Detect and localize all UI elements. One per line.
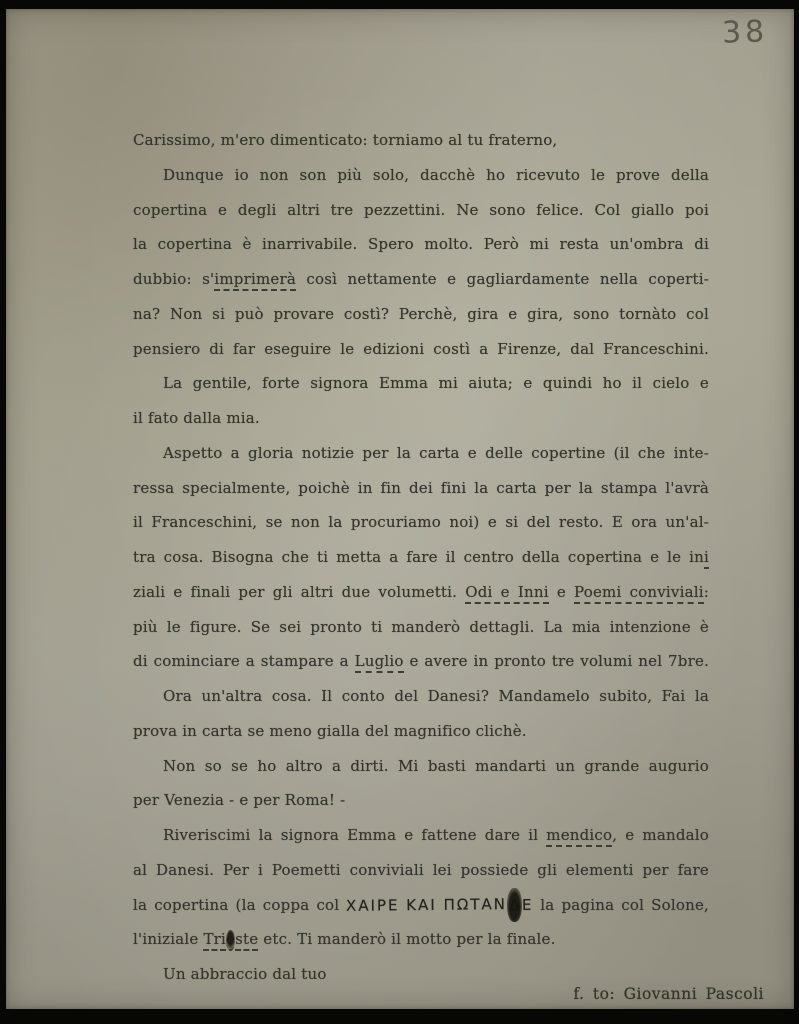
- letter-line: La gentile, forte signora Emma mi aiuta;…: [133, 366, 709, 401]
- letter-line: Carissimo, m'ero dimenticato: torniamo a…: [133, 123, 709, 158]
- letter-line: prova in carta se meno gialla del magnif…: [133, 714, 709, 749]
- letter-line: Riveriscimi la signora Emma e fattene da…: [133, 818, 709, 853]
- letter-segment: pensiero di far eseguire le edizioni cos…: [133, 340, 709, 358]
- letter-line: na? Non si può provare costì? Perchè, gi…: [133, 297, 709, 332]
- letter-segment: copertina e degli altri tre pezzettini. …: [133, 201, 709, 219]
- letter-line: dubbio: s'imprimerà così nettamente e ga…: [133, 262, 709, 297]
- letter-line: la copertina (la coppa col ΧΑΙΡΕ ΚΑΙ ΠΩΤ…: [133, 888, 709, 923]
- letter-segment: La gentile, forte signora Emma mi aiuta;…: [163, 374, 709, 392]
- letter-segment-ud: ste: [235, 930, 258, 951]
- letter-segment: ressa specialmente, poichè in fin dei fi…: [133, 479, 709, 497]
- letter-segment: etc. Ti manderò il motto per la finale.: [258, 930, 555, 948]
- letter-line: Ora un'altra cosa. Il conto del Danesi? …: [133, 679, 709, 714]
- letter-segment: e avere in pronto tre volumi nel 7bre.: [404, 652, 709, 670]
- letter-page: 38 Carissimo, m'ero dimenticato: torniam…: [6, 9, 794, 1009]
- letter-line: Aspetto a gloria notizie per la carta e …: [133, 436, 709, 471]
- letter-segment: la pagina col Solone,: [533, 896, 709, 914]
- letter-line: di cominciare a stampare a Luglio e aver…: [133, 644, 709, 679]
- letter-segment: Non so se ho altro a dirti. Mi basti man…: [163, 757, 709, 775]
- signature-line: f. to: Giovanni Pascoli: [573, 985, 764, 1003]
- letter-segment: Aspetto a gloria notizie per la carta e …: [163, 444, 709, 462]
- letter-segment: il fato dalla mia.: [133, 409, 260, 427]
- letter-line: più le figure. Se sei pronto ti manderò …: [133, 610, 709, 645]
- letter-line: il Franceschini, se non la procuriamo no…: [133, 505, 709, 540]
- letter-line: Dunque io non son più solo, dacchè ho ri…: [133, 158, 709, 193]
- letter-segment: il Franceschini, se non la procuriamo no…: [133, 513, 709, 531]
- letter-line: tra cosa. Bisogna che ti metta a fare il…: [133, 540, 709, 575]
- letter-segment: dubbio: s': [133, 270, 214, 288]
- letter-line: la copertina è inarrivabile. Spero molto…: [133, 227, 709, 262]
- letter-line: il fato dalla mia.: [133, 401, 709, 436]
- letter-line: copertina e degli altri tre pezzettini. …: [133, 193, 709, 228]
- letter-segment: tra cosa. Bisogna che ti metta a fare il…: [133, 548, 704, 566]
- letter-segment-ud: mendico: [546, 826, 612, 847]
- letter-segment: Carissimo, m'ero dimenticato: torniamo a…: [133, 131, 557, 149]
- letter-segment: prova in carta se meno gialla del magnif…: [133, 722, 527, 740]
- letter-segment: l'iniziale: [133, 930, 203, 948]
- letter-segment: per Venezia - e per Roma! -: [133, 791, 345, 809]
- letter-segment: la copertina è inarrivabile. Spero molto…: [133, 235, 709, 253]
- letter-segment-ud: Odi e Inni: [465, 583, 548, 604]
- letter-segment-ud: Tri: [203, 930, 226, 951]
- page-number-annotation: 38: [721, 14, 768, 51]
- letter-segment: na? Non si può provare costì? Perchè, gi…: [133, 305, 709, 323]
- letter-line: Non so se ho altro a dirti. Mi basti man…: [133, 749, 709, 784]
- letter-line: pensiero di far eseguire le edizioni cos…: [133, 332, 709, 367]
- letter-segment: di cominciare a stampare a: [133, 652, 355, 670]
- letter-line: al Danesi. Per i Poemetti conviviali lei…: [133, 853, 709, 888]
- letter-segment-ud: Poemi conviviali: [574, 583, 704, 604]
- letter-segment: e: [549, 583, 574, 601]
- letter-segment: Ora un'altra cosa. Il conto del Danesi? …: [163, 687, 709, 705]
- letter-segment-ud: Luglio: [355, 652, 404, 673]
- letter-segment-ud: e: [226, 930, 235, 951]
- letter-segment: Dunque io non son più solo, dacchè ho ri…: [163, 166, 709, 184]
- letter-segment: ziali e finali per gli altri due volumet…: [133, 583, 465, 601]
- letter-segment: , e mandalo: [612, 826, 709, 844]
- letter-segment-greek: ΧΑΙΡΕ ΚΑΙ ΠΩΤΑΝ: [346, 887, 507, 923]
- letter-segment: Un abbraccio dal tuo: [163, 965, 327, 983]
- letter-line: l'iniziale Trieste etc. Ti manderò il mo…: [133, 922, 709, 957]
- letter-segment-greek: Ε: [522, 887, 534, 922]
- letter-line: per Venezia - e per Roma! -: [133, 783, 709, 818]
- photo-frame: 38 Carissimo, m'ero dimenticato: torniam…: [0, 0, 799, 1024]
- letter-segment: Riveriscimi la signora Emma e fattene da…: [163, 826, 546, 844]
- letter-segment: :: [704, 583, 709, 601]
- letter-segment: così nettamente e gagliardamente nella c…: [296, 270, 709, 288]
- letter-segment-us: i: [704, 548, 709, 569]
- letter-segment: la copertina (la coppa col: [133, 896, 346, 914]
- letter-body: Carissimo, m'ero dimenticato: torniamo a…: [133, 123, 709, 992]
- letter-line: ziali e finali per gli altri due volumet…: [133, 575, 709, 610]
- letter-segment: al Danesi. Per i Poemetti conviviali lei…: [133, 861, 709, 879]
- letter-segment-ud: imprimerà: [214, 270, 296, 291]
- letter-segment: più le figure. Se sei pronto ti manderò …: [133, 618, 709, 636]
- letter-line: ressa specialmente, poichè in fin dei fi…: [133, 471, 709, 506]
- letter-segment-blot: Δ: [507, 888, 521, 923]
